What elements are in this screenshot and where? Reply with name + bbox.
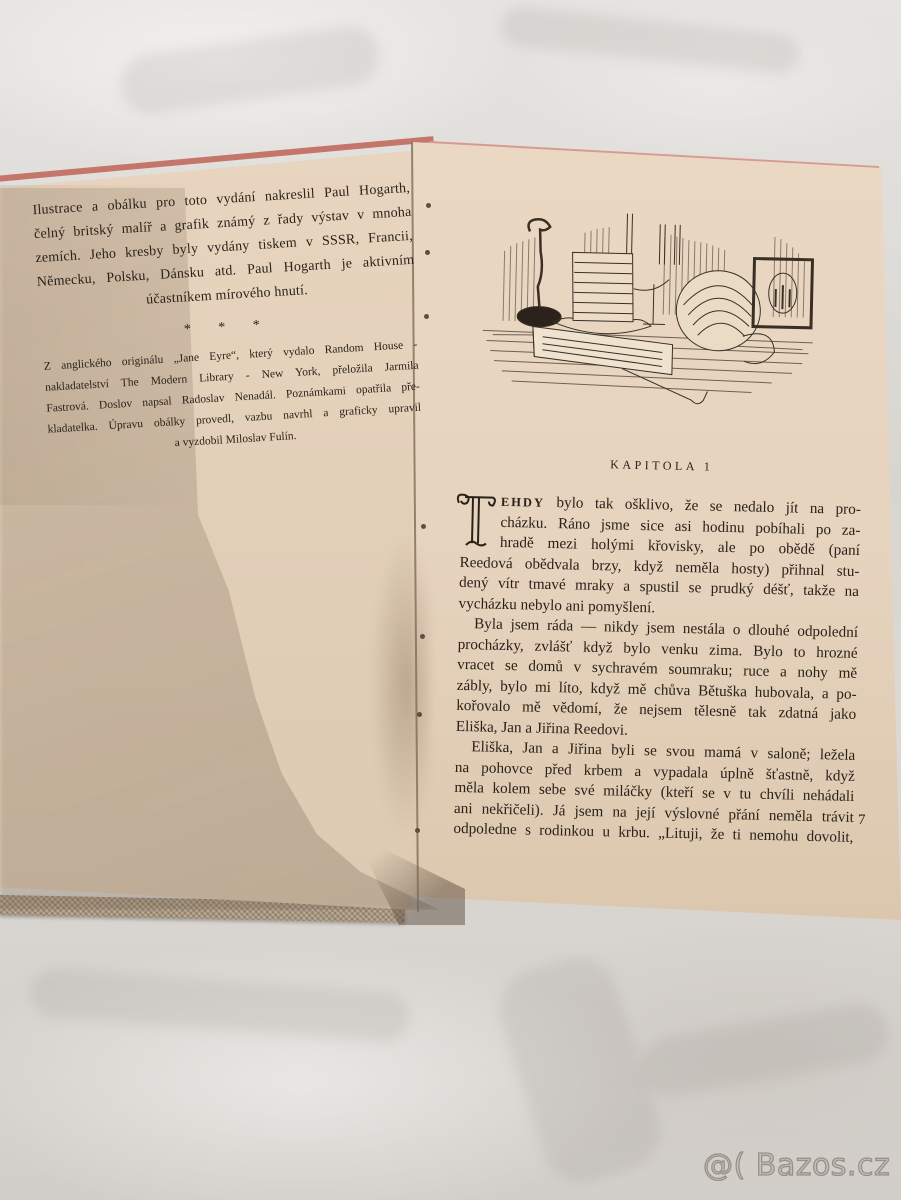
sheet-fold <box>637 999 894 1102</box>
stitch-mark <box>421 524 426 529</box>
still-life-illustration <box>471 190 836 428</box>
right-page-content: KAPITOLA 1 T EHDY bylo tak ošklivo, že s… <box>453 190 868 848</box>
stitch-mark <box>417 712 422 717</box>
bazos-watermark: @( Bazos.cz <box>703 1148 890 1183</box>
stitch-mark <box>420 634 425 639</box>
sheet-fold <box>29 967 412 1043</box>
page-number: 7 <box>858 812 866 829</box>
stitch-mark <box>415 828 420 833</box>
stitch-mark <box>425 250 430 255</box>
svg-text:T: T <box>467 534 468 536</box>
ornamental-drop-cap-icon: T <box>452 491 497 552</box>
sheet-fold <box>499 4 802 75</box>
stitch-mark <box>426 203 431 208</box>
chapter-body-text: T EHDY bylo tak ošklivo, že se nedalo jí… <box>453 491 861 848</box>
illustration-credits: Ilustrace a obálku pro toto vydání nakre… <box>20 176 426 320</box>
chapter-heading: KAPITOLA 1 <box>462 454 862 478</box>
gutter-shadow <box>370 535 430 835</box>
illustration-drawing-icon <box>471 190 836 428</box>
first-word: EHDY <box>501 495 545 510</box>
sheet-fold <box>117 22 383 118</box>
left-page-text: Ilustrace a obálku pro toto vydání nakre… <box>20 176 435 462</box>
